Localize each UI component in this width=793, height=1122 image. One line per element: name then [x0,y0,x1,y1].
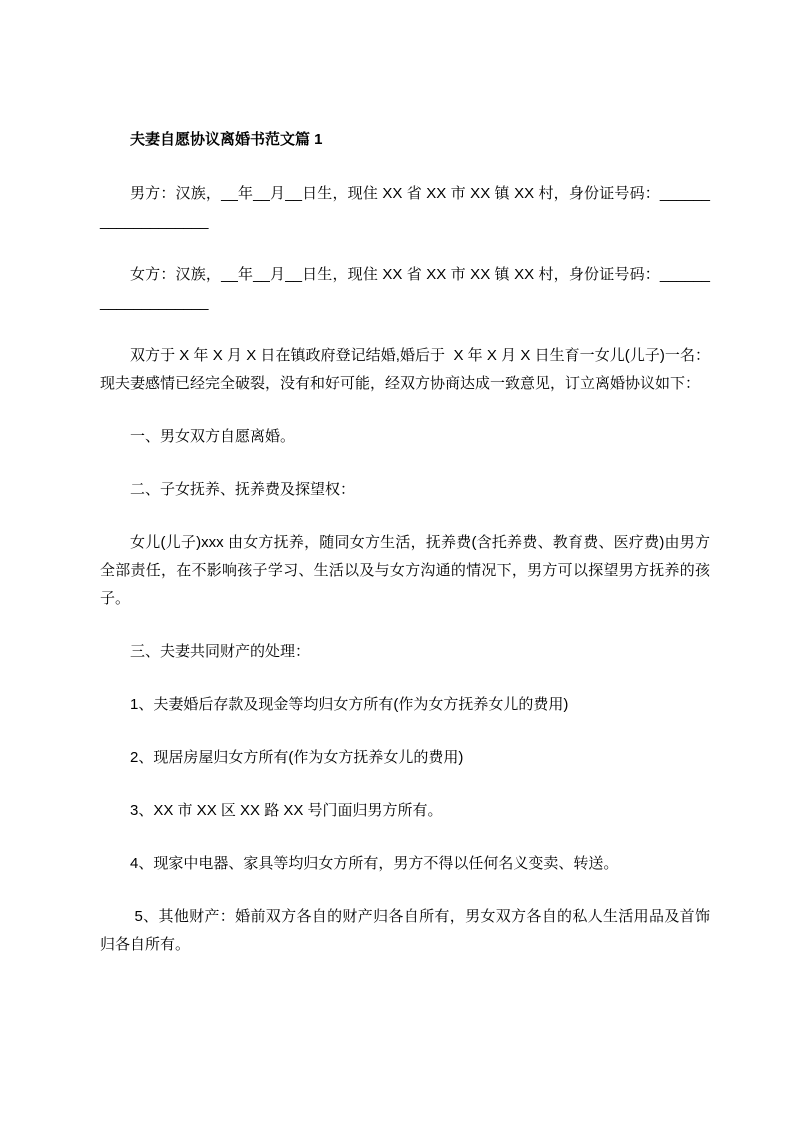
item-3-storefront: 3、XX 市 XX 区 XX 路 XX 号门面归男方所有。 [100,797,710,825]
document-title: 夫妻自愿协议离婚书范文篇 1 [100,126,710,154]
item-1-savings-cash: 1、夫妻婚后存款及现金等均归女方所有(作为女方抚养女儿的费用) [100,691,710,719]
clause-3-joint-property: 三、夫妻共同财产的处理： [100,638,710,666]
paragraph-female-party: 女方：汉族，__年__月__日生，现住 XX 省 XX 市 XX 镇 XX 村，… [100,261,710,317]
clause-1-voluntary-divorce: 一、男女双方自愿离婚。 [100,423,710,451]
item-2-residence-house: 2、现居房屋归女方所有(作为女方抚养女儿的费用) [100,744,710,772]
paragraph-marriage-intro: 双方于 X 年 X 月 X 日在镇政府登记结婚,婚后于 X 年 X 月 X 日生… [100,342,710,398]
document-page: 夫妻自愿协议离婚书范文篇 1 男方：汉族，__年__月__日生，现住 XX 省 … [0,0,793,1122]
clause-2-child-custody: 二、子女抚养、抚养费及探望权： [100,476,710,504]
paragraph-custody-details: 女儿(儿子)xxx 由女方抚养，随同女方生活，抚养费(含托养费、教育费、医疗费)… [100,529,710,613]
item-5-other-property: 5、其他财产：婚前双方各自的财产归各自所有，男女双方各自的私人生活用品及首饰归各… [100,903,710,959]
item-4-appliances-furniture: 4、现家中电器、家具等均归女方所有，男方不得以任何名义变卖、转送。 [100,850,710,878]
paragraph-male-party: 男方：汉族，__年__月__日生，现住 XX 省 XX 市 XX 镇 XX 村，… [100,180,710,236]
